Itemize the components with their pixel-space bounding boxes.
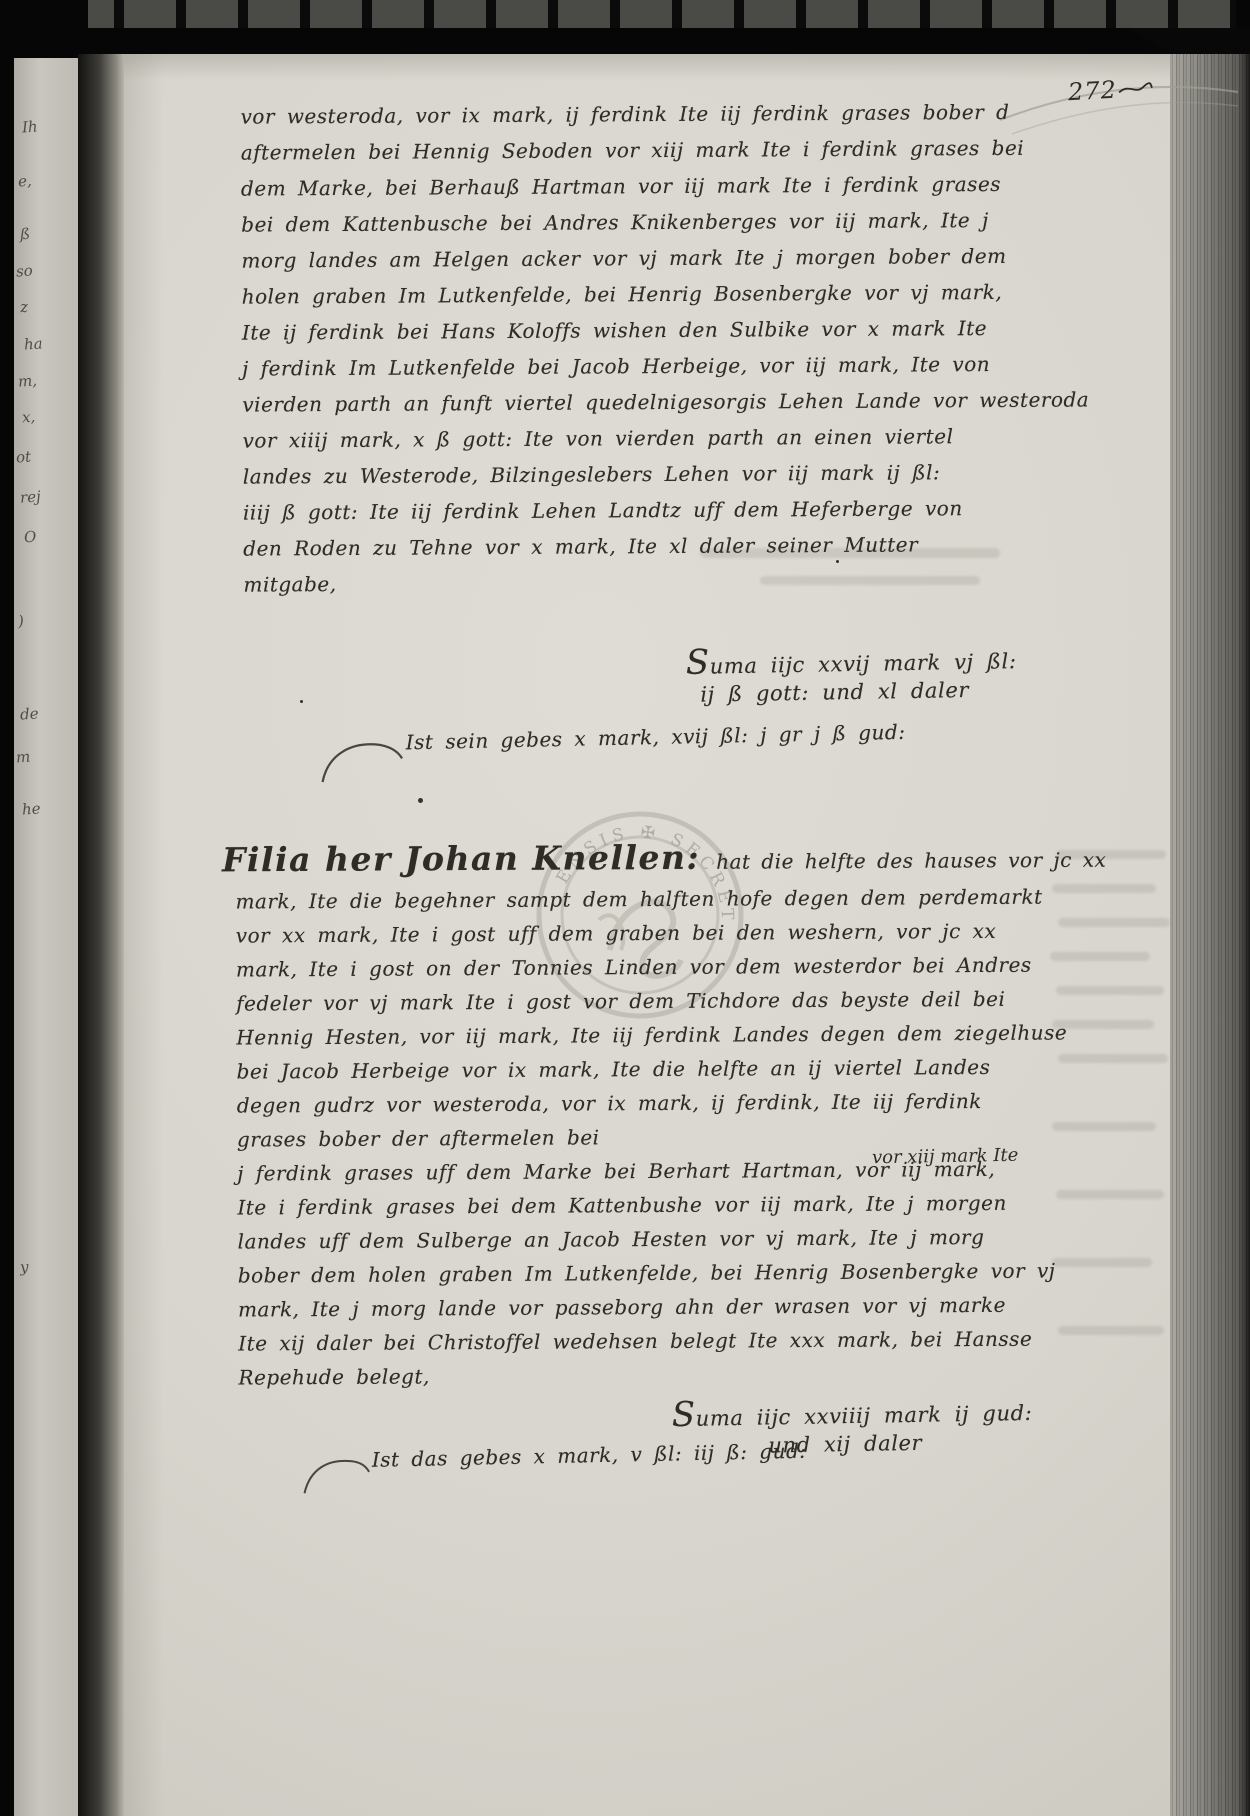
sum-line: und xij daler bbox=[768, 1429, 1033, 1458]
scale-bar-mask bbox=[0, 0, 88, 28]
manuscript-line: mark, Ite j morg lande vor passeborg ahn… bbox=[238, 1287, 1069, 1326]
bleed-through-mark bbox=[1052, 884, 1156, 893]
entry-1-text: vor westeroda, vor ix mark, ij ferdink I… bbox=[240, 93, 1090, 602]
bleed-through-mark bbox=[1058, 918, 1170, 927]
margin-text-fragment: de bbox=[19, 704, 39, 723]
sum-block-1: Suma iijc xxvij mark vj ßl: ij ß gott: u… bbox=[685, 637, 1017, 707]
manuscript-line: den Roden zu Tehne vor x mark, Ite xl da… bbox=[243, 525, 1090, 566]
entry-2-heading-row: Filia her Johan Knellen:hat die helfte d… bbox=[222, 836, 1106, 880]
margin-text-fragment: ) bbox=[17, 612, 24, 630]
manuscript-line: j ferdink Im Lutkenfelde bei Jacob Herbe… bbox=[242, 345, 1089, 386]
manuscript-line: vor xiiij mark, x ß gott: Ite von vierde… bbox=[242, 417, 1089, 458]
manuscript-line: mark, Ite i gost on der Tonnies Linden v… bbox=[236, 947, 1067, 986]
sum-line: Suma iijc xxvij mark vj ßl: bbox=[685, 637, 1016, 683]
manuscript-line: bei Jacob Herbeige vor ix mark, Ite die … bbox=[236, 1049, 1067, 1088]
margin-text-fragment: e, bbox=[17, 172, 32, 191]
bleed-through-mark bbox=[1056, 1190, 1164, 1199]
manuscript-line: iiij ß gott: Ite iij ferdink Lehen Landt… bbox=[243, 489, 1090, 530]
margin-text-fragment: so bbox=[15, 261, 33, 280]
entry-2-heading-continuation: hat die helfte des hauses vor jc xx bbox=[716, 848, 1106, 874]
book-scan: Ih e, ß so z ha m, x, ot rej O ) de m he… bbox=[0, 0, 1250, 1816]
pen-flourish bbox=[318, 736, 405, 784]
page-fore-edge bbox=[1170, 54, 1250, 1816]
manuscript-line: fedeler vor vj mark Ite i gost vor dem T… bbox=[236, 981, 1067, 1020]
bleed-through-mark bbox=[1058, 1054, 1168, 1063]
margin-text-fragment: ß bbox=[19, 225, 30, 244]
margin-text-fragment: Ih bbox=[21, 117, 38, 136]
manuscript-line: bei dem Kattenbusche bei Andres Knikenbe… bbox=[241, 201, 1088, 242]
margin-text-fragment: rej bbox=[19, 487, 41, 506]
manuscript-line: morg landes am Helgen acker vor vj mark … bbox=[241, 237, 1088, 278]
margin-text-fragment: y bbox=[19, 1258, 29, 1277]
bleed-through-mark bbox=[1056, 986, 1164, 995]
book-gutter bbox=[78, 54, 126, 1816]
interlinear-addition: vor xiij mark Ite bbox=[872, 1145, 1019, 1169]
margin-text-fragment: O bbox=[23, 528, 37, 547]
manuscript-line: aftermelen bei Hennig Seboden vor xiij m… bbox=[241, 129, 1088, 170]
entry-2-text: mark, Ite die begehner sampt dem halften… bbox=[235, 879, 1069, 1394]
ink-speck bbox=[300, 700, 303, 703]
margin-text-fragment: m bbox=[15, 748, 30, 767]
margin-text-fragment: ot bbox=[15, 447, 31, 466]
manuscript-line: landes zu Westerode, Bilzingeslebers Leh… bbox=[243, 453, 1090, 494]
manuscript-line: bober dem holen graben Im Lutkenfelde, b… bbox=[238, 1253, 1069, 1292]
margin-text-fragment: ha bbox=[23, 334, 43, 353]
bleed-through-mark bbox=[1058, 1326, 1164, 1335]
manuscript-line: landes uff dem Sulberge an Jacob Hesten … bbox=[238, 1219, 1069, 1258]
margin-text-fragment: x, bbox=[21, 408, 35, 427]
manuscript-line: vor westeroda, vor ix mark, ij ferdink I… bbox=[240, 93, 1087, 134]
manuscript-line: mitgabe, bbox=[243, 561, 1090, 602]
manuscript-line: vierden parth an funft viertel quedelnig… bbox=[242, 381, 1089, 422]
page-number-swash bbox=[1116, 80, 1153, 98]
manuscript-line: Hennig Hesten, vor iij mark, Ite iij fer… bbox=[236, 1015, 1067, 1054]
margin-text-fragment: z bbox=[19, 298, 28, 317]
manuscript-line: degen gudrz vor westeroda, vor ix mark, … bbox=[237, 1083, 1068, 1122]
ink-speck bbox=[418, 798, 423, 803]
manuscript-line: Ite xij daler bei Christoffel wedehsen b… bbox=[238, 1321, 1069, 1360]
margin-text-fragment: he bbox=[21, 799, 41, 818]
manuscript-line: Repehude belegt, bbox=[238, 1355, 1069, 1394]
manuscript-line: holen graben Im Lutkenfelde, bei Henrig … bbox=[242, 273, 1089, 314]
sum-line: Suma iijc xxviiij mark ij gud: bbox=[671, 1389, 1032, 1435]
photo-scale-bar bbox=[0, 0, 1250, 28]
entry-2-heading: Filia her Johan Knellen: bbox=[222, 838, 700, 880]
manuscript-line: dem Marke, bei Berhauß Hartman vor iij m… bbox=[241, 165, 1088, 206]
margin-text-fragment: m, bbox=[17, 371, 37, 390]
pen-flourish bbox=[300, 1454, 371, 1495]
scale-bar-mask bbox=[1236, 0, 1250, 28]
manuscript-line: Ite i ferdink grases bei dem Kattenbushe… bbox=[237, 1185, 1068, 1224]
manuscript-line: mark, Ite die begehner sampt dem halften… bbox=[235, 879, 1066, 918]
manuscript-line: vor xx mark, Ite i gost uff dem graben b… bbox=[236, 913, 1067, 952]
manuscript-line: Ite ij ferdink bei Hans Koloffs wishen d… bbox=[242, 309, 1089, 350]
facing-page-edge: Ih e, ß so z ha m, x, ot rej O ) de m he… bbox=[14, 58, 78, 1816]
